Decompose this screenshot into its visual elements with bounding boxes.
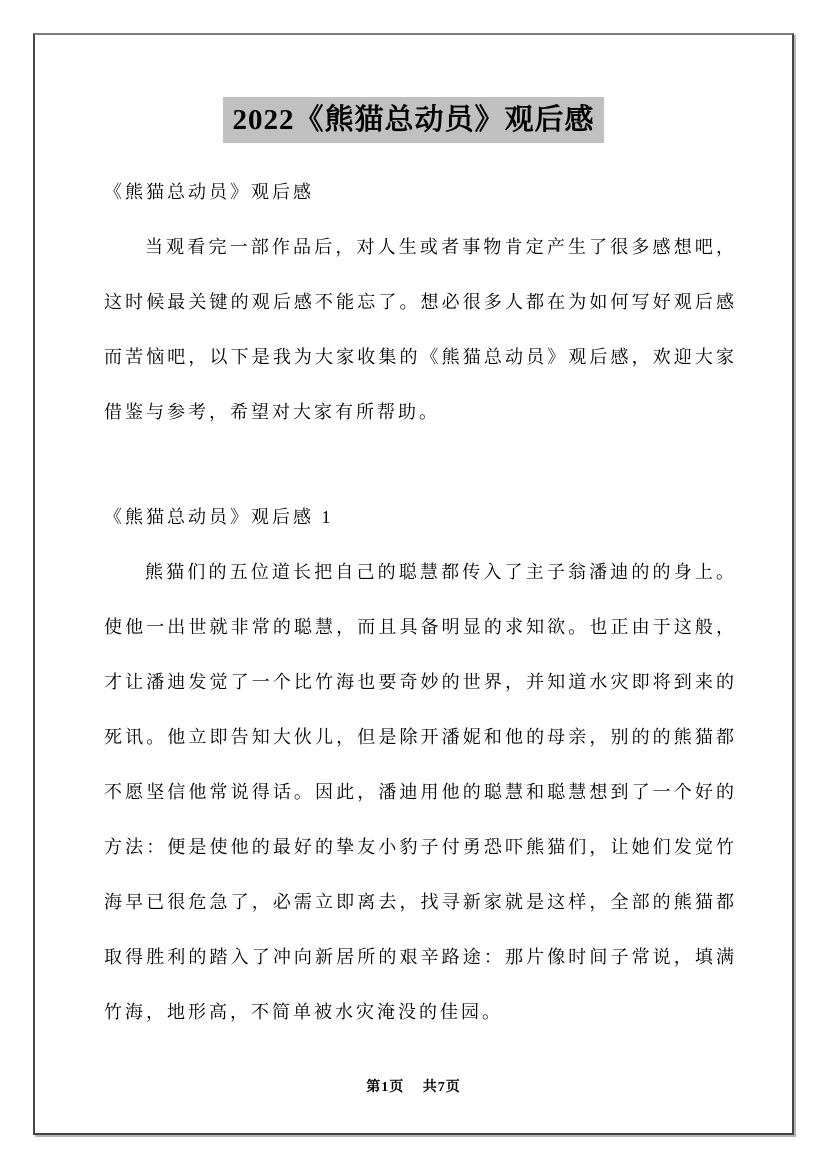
footer-page-total: 共7页	[423, 1080, 461, 1095]
document-body: 《熊猫总动员》观后感当观看完一部作品后，对人生或者事物肯定产生了很多感想吧，这时…	[104, 165, 737, 1040]
paragraph: 《熊猫总动员》观后感	[104, 165, 737, 220]
document-title: 2022《熊猫总动员》观后感	[223, 97, 603, 143]
paragraph: 当观看完一部作品后，对人生或者事物肯定产生了很多感想吧，这时候最关键的观后感不能…	[104, 220, 737, 440]
paragraph: 《熊猫总动员》观后感 1	[104, 490, 737, 545]
title-row: 2022《熊猫总动员》观后感	[0, 97, 827, 143]
paragraph: 熊猫们的五位道长把自己的聪慧都传入了主子翁潘迪的的身上。使他一出世就非常的聪慧，…	[104, 545, 737, 1040]
footer-page-number: 第1页	[366, 1080, 404, 1095]
page-footer: 第1页 共7页	[0, 1077, 827, 1099]
